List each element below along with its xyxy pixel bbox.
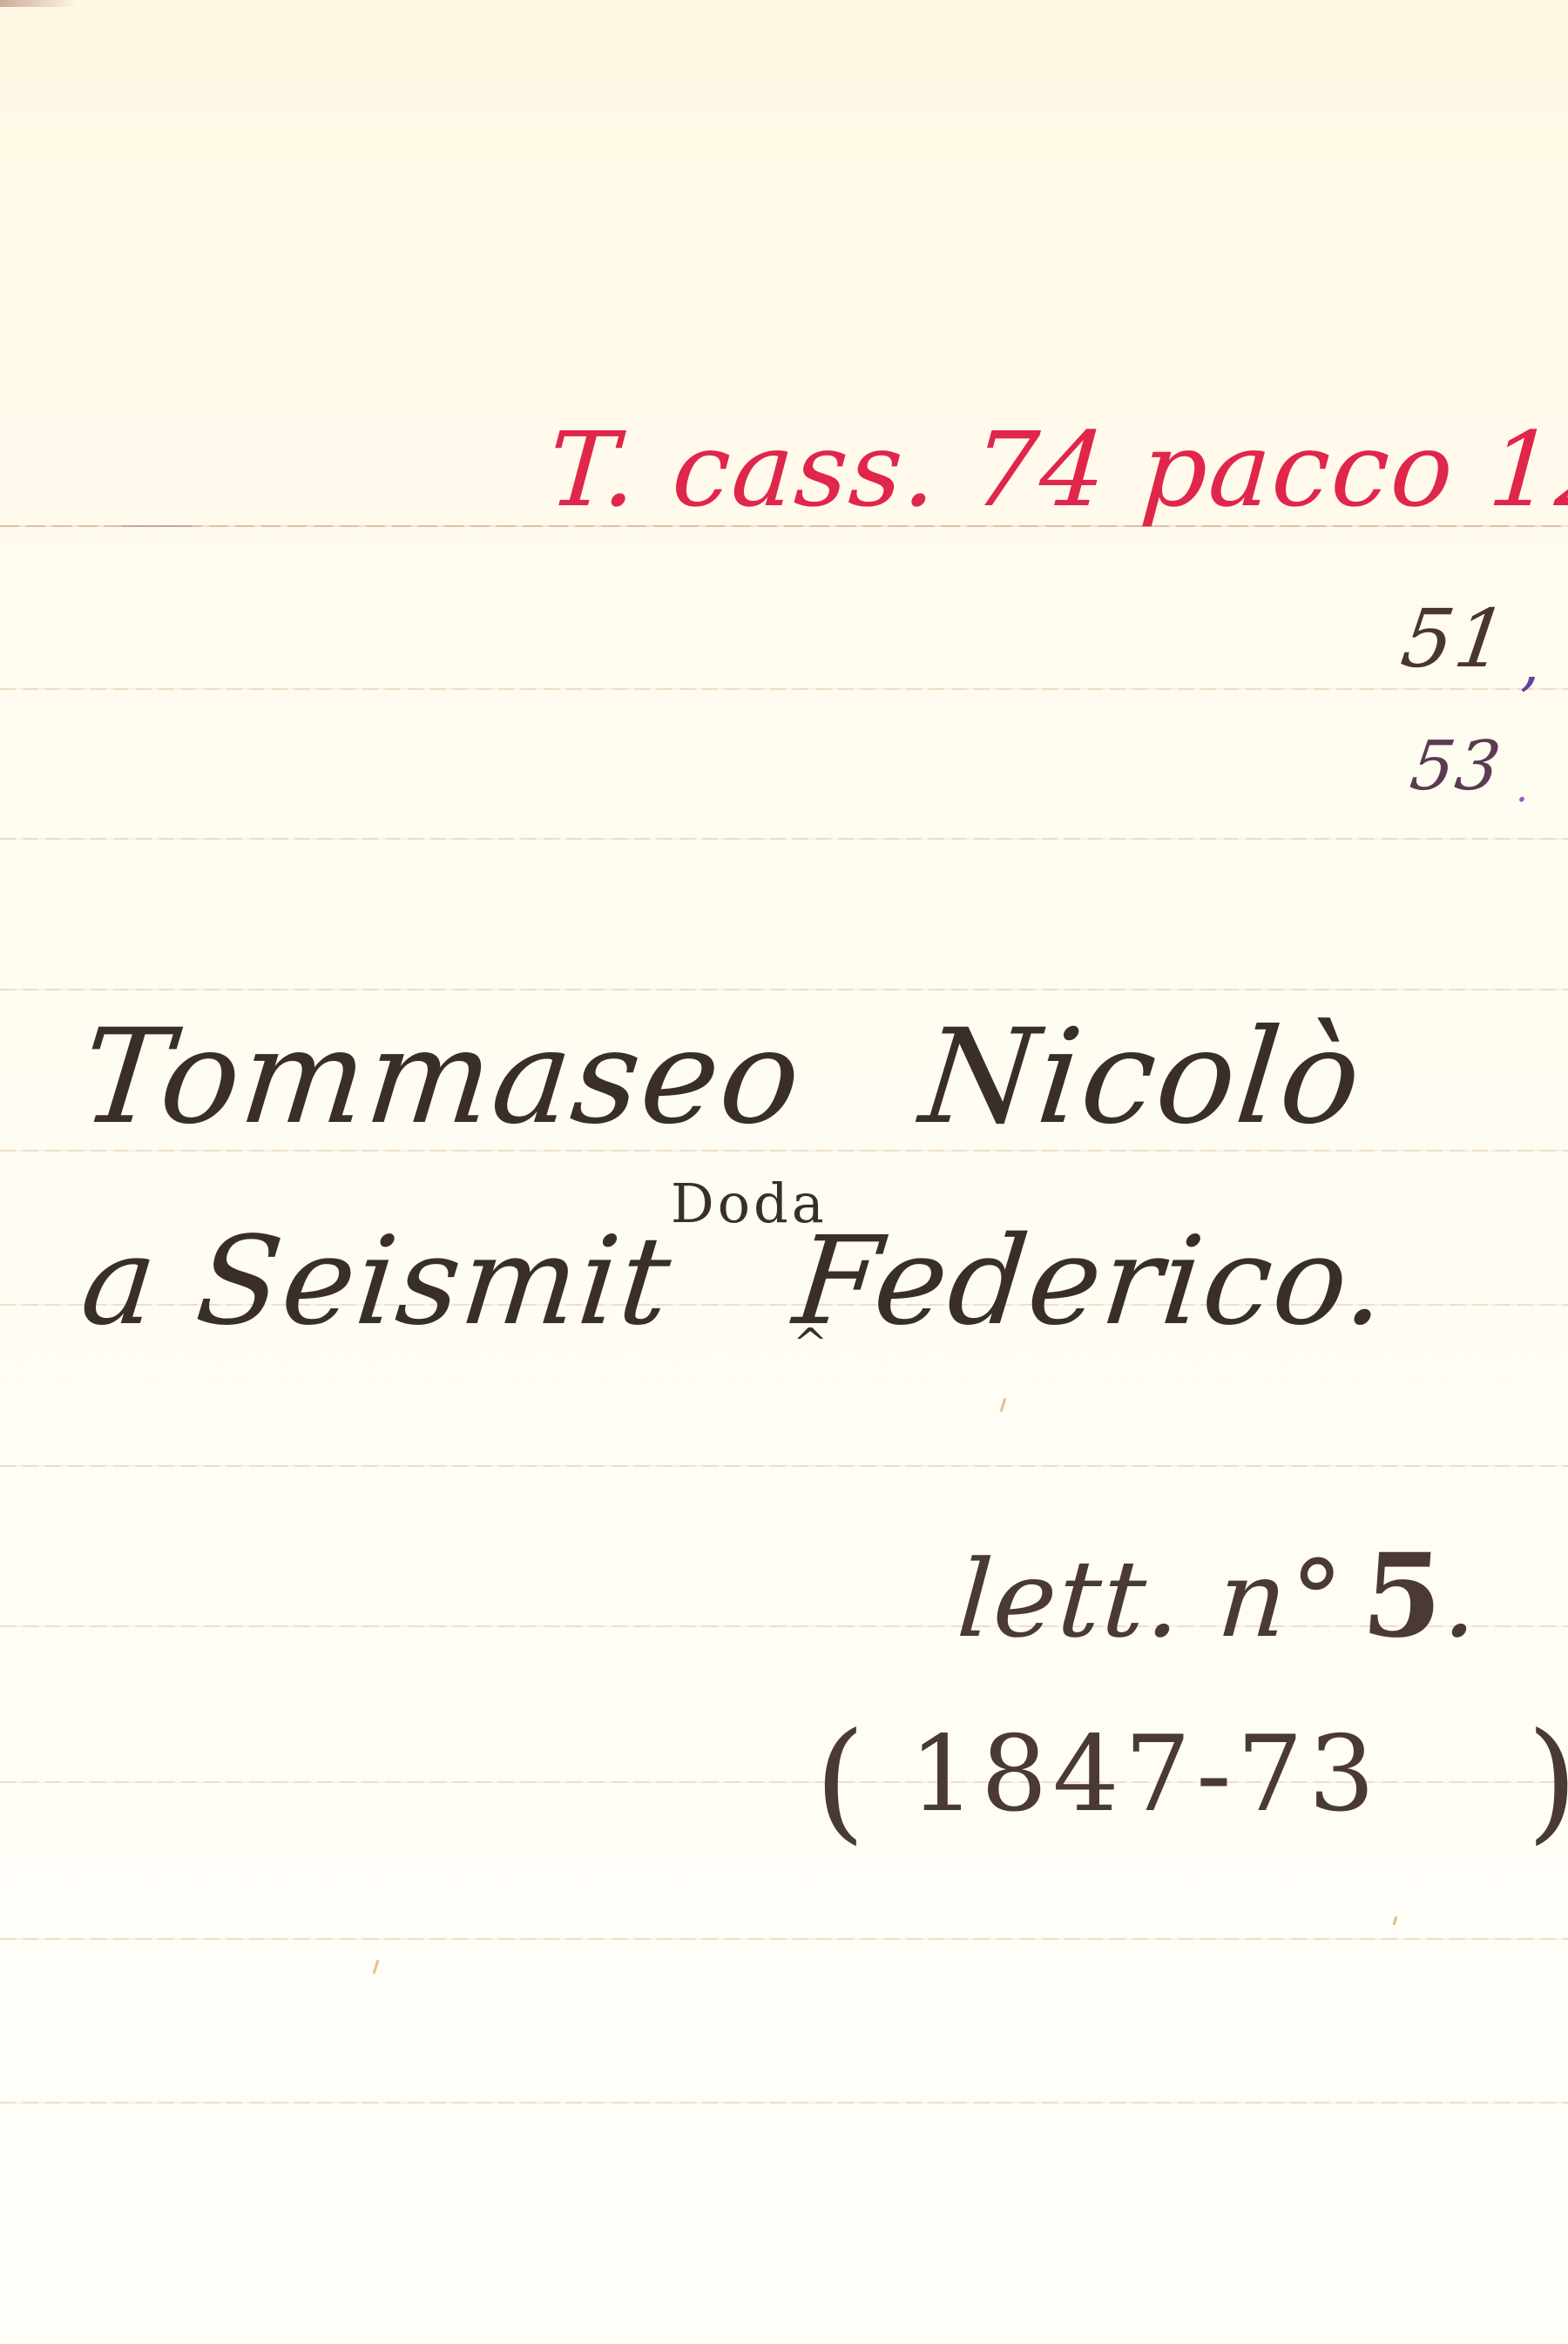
date-range-text: 1847-73 [909, 1714, 1381, 1835]
letter-count-value: 5 [1358, 1529, 1450, 1664]
ruled-line [0, 838, 1568, 840]
corner-stain [0, 0, 78, 7]
insertion-caret: ^ [793, 1320, 829, 1368]
ruled-line [0, 2102, 1568, 2104]
shelfmark-pacco-number: 129 [1484, 409, 1568, 530]
ruled-line-dark-segment [122, 525, 192, 527]
sub-number-second: 53 [1406, 727, 1507, 806]
letter-count-label: lett. n° [954, 1537, 1348, 1661]
ruled-line [0, 1938, 1568, 1940]
paper-speck [1000, 1398, 1007, 1412]
sub-number-second-separator: . [1516, 767, 1530, 811]
sub-number-first-separator: , [1520, 627, 1541, 699]
shelfmark-cassetta-number: 74 [969, 409, 1112, 530]
letter-count-period: . [1440, 1537, 1484, 1661]
shelfmark-prefix: T. [544, 409, 643, 530]
recipient-given-name: Federico [788, 1211, 1355, 1353]
author-name: Tommaseo Nicolò [75, 1002, 1369, 1153]
date-range-open-paren: ( [814, 1706, 871, 1857]
recipient-surname: Seismit [190, 1211, 678, 1353]
paper-speck [1393, 1916, 1398, 1925]
letter-count: lett. n°5. [954, 1529, 1485, 1664]
paper-speck [373, 1960, 380, 1974]
shelfmark: T. cass. 74 pacco 129. [544, 409, 1568, 530]
shelfmark-cassetta-label: cass. [669, 409, 943, 530]
ruled-line [0, 1465, 1568, 1467]
shelfmark-pacco-label: pacco [1138, 409, 1459, 530]
ruled-line [0, 989, 1568, 990]
author-given-name: Nicolò [915, 1002, 1369, 1153]
date-range: ( 1847-73 ) [814, 1690, 1568, 1841]
author-surname: Tommaseo [75, 1002, 809, 1153]
recipient-line: a Seismit Federico. [75, 1211, 1395, 1353]
recipient-preposition: a [75, 1211, 165, 1353]
date-range-close-paren: ) [1527, 1706, 1568, 1857]
ruled-line [0, 688, 1568, 690]
index-card: T. cass. 74 pacco 129. 51 , 53 . Tommase… [0, 0, 1568, 2344]
sub-number-first: 51 [1396, 592, 1514, 686]
